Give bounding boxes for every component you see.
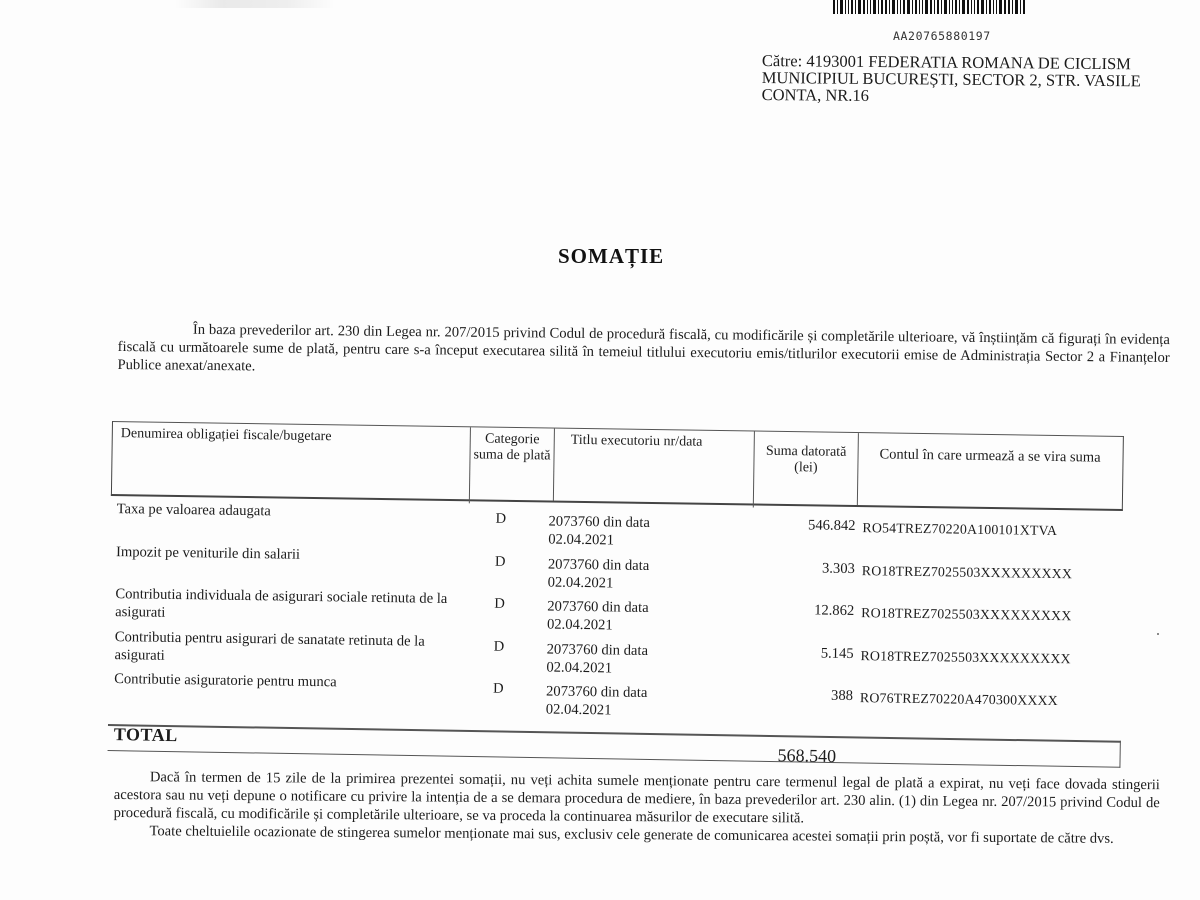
obligation-name: Contributia pentru asigurari de sanatate… bbox=[114, 628, 454, 669]
obligations-table: Denumirea obligației fiscale/bugetare Ca… bbox=[108, 421, 1124, 723]
enforcement-title-number: 2073760 din data bbox=[547, 597, 707, 617]
barcode bbox=[833, 0, 1085, 14]
account-iban: RO18TREZ7025503XXXXXXXXX bbox=[861, 604, 1071, 625]
scan-speck bbox=[1157, 633, 1159, 635]
category: D bbox=[495, 552, 506, 570]
document-title: SOMAȚIE bbox=[558, 244, 664, 269]
enforcement-title-number: 2073760 din data bbox=[548, 555, 708, 575]
closing-section: Dacă în termen de 15 zile de la primirea… bbox=[113, 768, 1160, 848]
enforcement-title-number: 2073760 din data bbox=[548, 512, 708, 532]
total-value: 568.540 bbox=[777, 745, 836, 767]
scanned-document-page: AA20765880197 Către: 4193001 FEDERATIA R… bbox=[0, 0, 1200, 900]
obligation-name: Taxa pe valoarea adaugata bbox=[117, 500, 457, 523]
category: D bbox=[495, 510, 506, 528]
obligation-name: Impozit pe veniturile din salarii bbox=[116, 543, 456, 566]
obligation-name: Contributia individuala de asigurari soc… bbox=[115, 585, 455, 626]
enforcement-title-number: 2073760 din data bbox=[547, 640, 707, 660]
header-amount-due: Suma datorată (lei) bbox=[753, 432, 858, 510]
amount-due: 12.862 bbox=[749, 600, 854, 620]
amount-due: 546.842 bbox=[750, 515, 855, 535]
header-category: Categorie suma de plată bbox=[469, 427, 554, 504]
intro-paragraph: În baza prevederilor art. 230 din Legea … bbox=[117, 320, 1170, 385]
account-iban: RO18TREZ7025503XXXXXXXXX bbox=[862, 562, 1072, 583]
category: D bbox=[493, 680, 504, 698]
account-iban: RO18TREZ7025503XXXXXXXXX bbox=[860, 647, 1070, 668]
header-obligation-name: Denumirea obligației fiscale/bugetare bbox=[112, 422, 470, 499]
intro-text: În baza prevederilor art. 230 din Legea … bbox=[117, 320, 1170, 385]
enforcement-title: 2073760 din data02.04.2021 bbox=[546, 682, 707, 720]
total-row: TOTAL 568.540 bbox=[108, 724, 1121, 768]
account-iban: RO76TREZ70220A470300XXXX bbox=[860, 689, 1058, 710]
barcode-number: AA20765880197 bbox=[893, 29, 991, 43]
header-enforcement-title: Titlu executoriu nr/data bbox=[553, 429, 754, 504]
total-label: TOTAL bbox=[114, 724, 178, 746]
amount-due: 5.145 bbox=[749, 643, 854, 663]
category: D bbox=[494, 595, 505, 613]
amount-due: 388 bbox=[748, 685, 853, 705]
enforcement-title-number: 2073760 din data bbox=[546, 682, 706, 702]
amount-due: 3.303 bbox=[750, 558, 855, 578]
header-account: Contul în care urmează a se vira suma bbox=[857, 433, 1122, 509]
closing-paragraph-1: Dacă în termen de 15 zile de la primirea… bbox=[114, 768, 1160, 830]
scan-artifact bbox=[175, 0, 335, 8]
enforcement-title-date: 02.04.2021 bbox=[546, 700, 706, 720]
table-body: Taxa pe valoarea adaugataD2073760 din da… bbox=[108, 496, 1123, 723]
category: D bbox=[494, 637, 505, 655]
obligation-name: Contributie asiguratorie pentru munca bbox=[114, 670, 454, 693]
account-iban: RO54TREZ70220A100101XTVA bbox=[862, 519, 1057, 540]
addressee-block: Către: 4193001 FEDERATIA ROMANA DE CICLI… bbox=[762, 52, 1141, 106]
